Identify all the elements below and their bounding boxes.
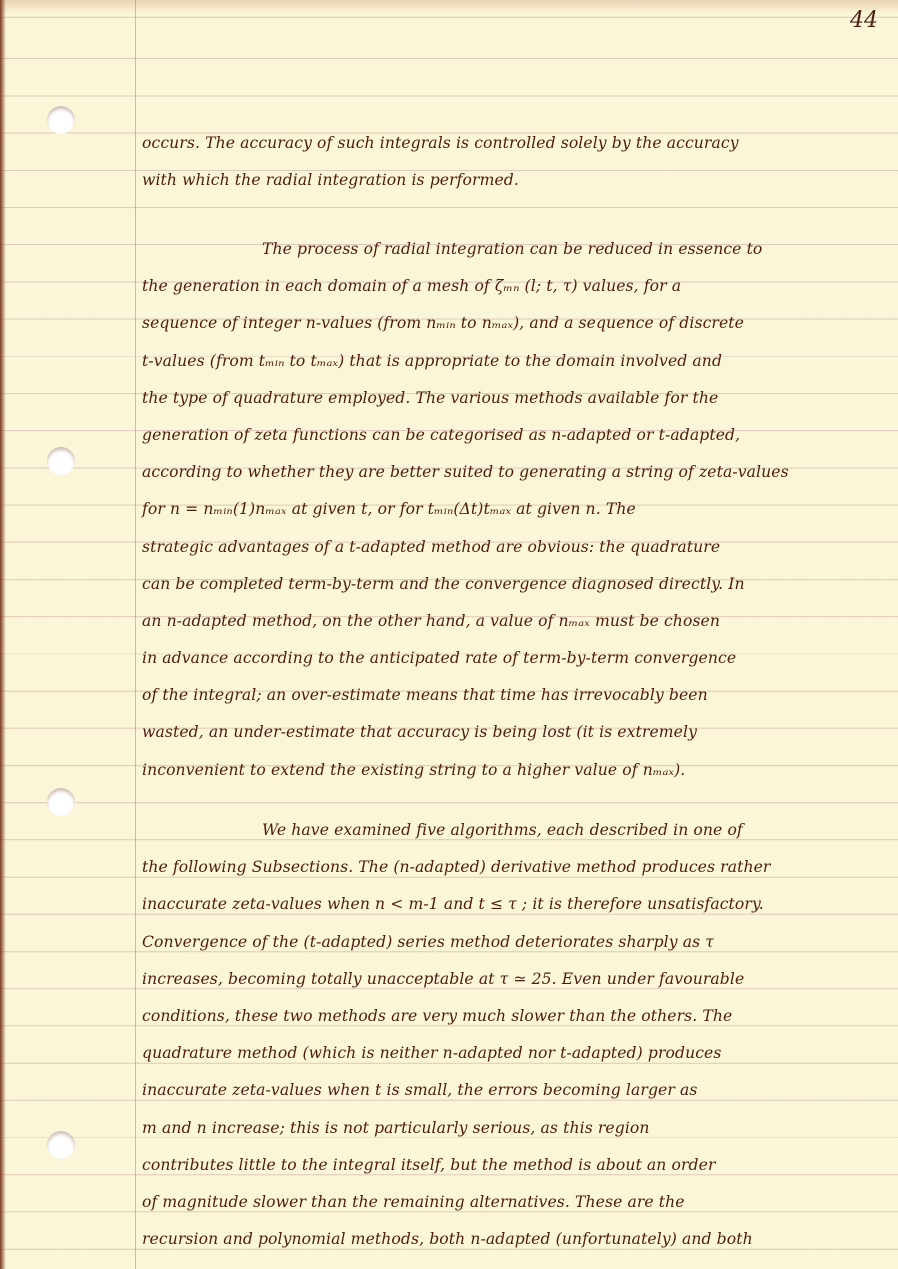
text-line: inaccurate zeta-values when t is small, … [142, 1072, 894, 1109]
text-line: recursion and polynomial methods, both n… [142, 1221, 894, 1258]
paragraph-algorithms: We have examined five algorithms, each d… [142, 812, 894, 1258]
paragraph-radial-integration: The process of radial integration can be… [142, 231, 894, 789]
punch-hole-icon [47, 1131, 75, 1159]
punch-hole-icon [47, 447, 75, 475]
text-line: strategic advantages of a t-adapted meth… [142, 529, 894, 566]
text-line: generation of zeta functions can be cate… [142, 417, 894, 454]
text-line: contributes little to the integral itsel… [142, 1147, 894, 1184]
punch-hole-icon [47, 106, 75, 134]
text-line: according to whether they are better sui… [142, 454, 894, 491]
text-line: the following Subsections. The (n-adapte… [142, 849, 894, 886]
text-line: the generation in each domain of a mesh … [142, 268, 894, 305]
paragraph-continuation: occurs. The accuracy of such integrals i… [142, 125, 894, 199]
text-line: The process of radial integration can be… [142, 231, 894, 268]
text-line: can be completed term-by-term and the co… [142, 566, 894, 603]
text-line: with which the radial integration is per… [142, 162, 894, 199]
text-line: t-values (from tₘᵢₙ to tₘₐₓ) that is app… [142, 343, 894, 380]
page-left-edge [0, 0, 6, 1269]
text-line: an n-adapted method, on the other hand, … [142, 603, 894, 640]
text-line: quadrature method (which is neither n-ad… [142, 1035, 894, 1072]
text-line: increases, becoming totally unacceptable… [142, 961, 894, 998]
text-line: occurs. The accuracy of such integrals i… [142, 125, 894, 162]
margin-rule [135, 0, 136, 1269]
text-line: inconvenient to extend the existing stri… [142, 752, 894, 789]
page-number: 44 [850, 8, 878, 33]
text-line: m and n increase; this is not particular… [142, 1110, 894, 1147]
text-line: Convergence of the (t-adapted) series me… [142, 924, 894, 961]
notebook-page: 44 occurs. The accuracy of such integral… [0, 0, 898, 1269]
text-line: of magnitude slower than the remaining a… [142, 1184, 894, 1221]
text-line: conditions, these two methods are very m… [142, 998, 894, 1035]
text-line: sequence of integer n-values (from nₘᵢₙ … [142, 305, 894, 342]
text-line: in advance according to the anticipated … [142, 640, 894, 677]
punch-hole-icon [47, 788, 75, 816]
text-line: We have examined five algorithms, each d… [142, 812, 894, 849]
text-line: of the integral; an over-estimate means … [142, 677, 894, 714]
text-line: inaccurate zeta-values when n < m-1 and … [142, 886, 894, 923]
text-line: the type of quadrature employed. The var… [142, 380, 894, 417]
text-line: wasted, an under-estimate that accuracy … [142, 714, 894, 751]
text-line: for n = nₘᵢₙ(1)nₘₐₓ at given t, or for t… [142, 491, 894, 528]
